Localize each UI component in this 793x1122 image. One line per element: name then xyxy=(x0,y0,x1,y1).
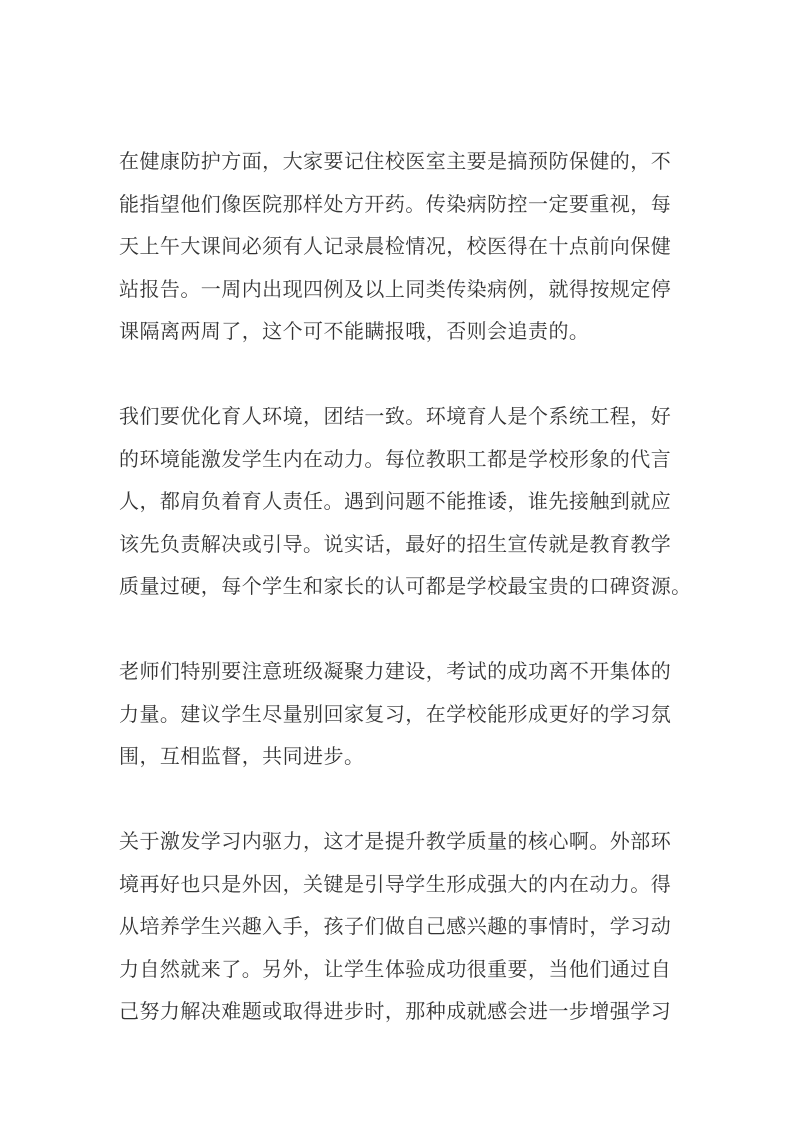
text-line: 人，都肩负着育人责任。遇到问题不能推诿，谁先接触到就应 xyxy=(119,481,675,524)
paragraph: 关于激发学习内驱力，这才是提升教学质量的核心啊。外部环境再好也只是外因，关键是引… xyxy=(119,821,675,1034)
text-line: 关于激发学习内驱力，这才是提升教学质量的核心啊。外部环 xyxy=(119,821,675,864)
text-line: 天上午大课间必须有人记录晨检情况，校医得在十点前向保健 xyxy=(119,226,675,269)
paragraph: 在健康防护方面，大家要记住校医室主要是搞预防保健的，不能指望他们像医院那样处方开… xyxy=(119,141,675,354)
text-line: 境再好也只是外因，关键是引导学生形成强大的内在动力。得 xyxy=(119,864,675,907)
text-line: 力量。建议学生尽量别回家复习，在学校能形成更好的学习氛 xyxy=(119,694,675,737)
text-line: 我们要优化育人环境，团结一致。环境育人是个系统工程，好 xyxy=(119,396,675,439)
text-line: 力自然就来了。另外，让学生体验成功很重要，当他们通过自 xyxy=(119,949,675,992)
text-line: 老师们特别要注意班级凝聚力建设，考试的成功离不开集体的 xyxy=(119,651,675,694)
text-line: 能指望他们像医院那样处方开药。传染病防控一定要重视，每 xyxy=(119,184,675,227)
text-line: 从培养学生兴趣入手，孩子们做自己感兴趣的事情时，学习动 xyxy=(119,906,675,949)
text-line: 站报告。一周内出现四例及以上同类传染病例，就得按规定停 xyxy=(119,269,675,312)
text-line: 质量过硬，每个学生和家长的认可都是学校最宝贵的口碑资源。 xyxy=(119,566,675,609)
text-line: 己努力解决难题或取得进步时，那种成就感会进一步增强学习 xyxy=(119,991,675,1034)
paragraph: 我们要优化育人环境，团结一致。环境育人是个系统工程，好的环境能激发学生内在动力。… xyxy=(119,396,675,609)
text-line: 的环境能激发学生内在动力。每位教职工都是学校形象的代言 xyxy=(119,439,675,482)
text-line: 课隔离两周了，这个可不能瞒报哦，否则会追责的。 xyxy=(119,311,675,354)
paragraph: 老师们特别要注意班级凝聚力建设，考试的成功离不开集体的力量。建议学生尽量别回家复… xyxy=(119,651,675,779)
text-line: 该先负责解决或引导。说实话，最好的招生宣传就是教育教学 xyxy=(119,524,675,567)
text-line: 围，互相监督，共同进步。 xyxy=(119,736,675,779)
document-page: 在健康防护方面，大家要记住校医室主要是搞预防保健的，不能指望他们像医院那样处方开… xyxy=(0,0,793,1122)
text-line: 在健康防护方面，大家要记住校医室主要是搞预防保健的，不 xyxy=(119,141,675,184)
document-body: 在健康防护方面，大家要记住校医室主要是搞预防保健的，不能指望他们像医院那样处方开… xyxy=(119,141,675,1034)
